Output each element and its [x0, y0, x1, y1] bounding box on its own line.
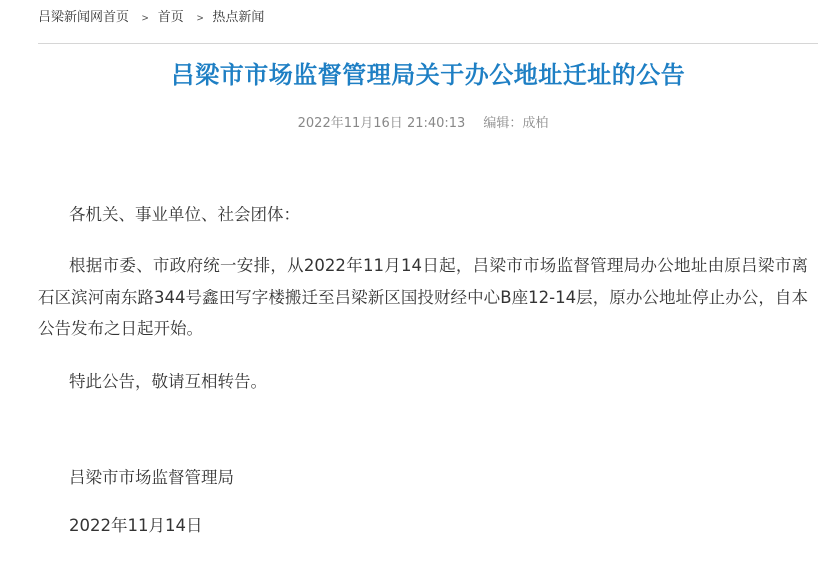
- header-divider: [38, 43, 818, 44]
- editor-credit: 编辑：成柏: [483, 116, 548, 131]
- breadcrumb-home-link[interactable]: 吕梁新闻网首页: [38, 10, 129, 25]
- article-signature: 吕梁市市场监督管理局: [69, 465, 234, 491]
- article-salutation: 各机关、事业单位、社会团体：: [69, 202, 300, 228]
- article-date: 2022年11月14日: [69, 513, 202, 539]
- breadcrumb-separator-icon: >: [196, 10, 204, 28]
- breadcrumb-index-link[interactable]: 首页: [158, 10, 184, 25]
- breadcrumb-hot-news-link[interactable]: 热点新闻: [212, 10, 264, 25]
- article-body-paragraph: 根据市委、市政府统一安排，从2022年11月14日起，吕梁市市场监督管理局办公地…: [38, 250, 808, 345]
- article-title: 吕梁市市场监督管理局关于办公地址迁址的公告: [0, 58, 837, 92]
- article-closing: 特此公告，敬请互相转告。: [69, 369, 267, 395]
- breadcrumb-separator-icon: >: [142, 10, 150, 28]
- publish-datetime: 2022年11月16日 21:40:13: [298, 116, 466, 131]
- article-meta: 2022年11月16日 21:40:13编辑：成柏: [0, 115, 837, 133]
- breadcrumb: 吕梁新闻网首页 > 首页 > 热点新闻: [38, 9, 264, 28]
